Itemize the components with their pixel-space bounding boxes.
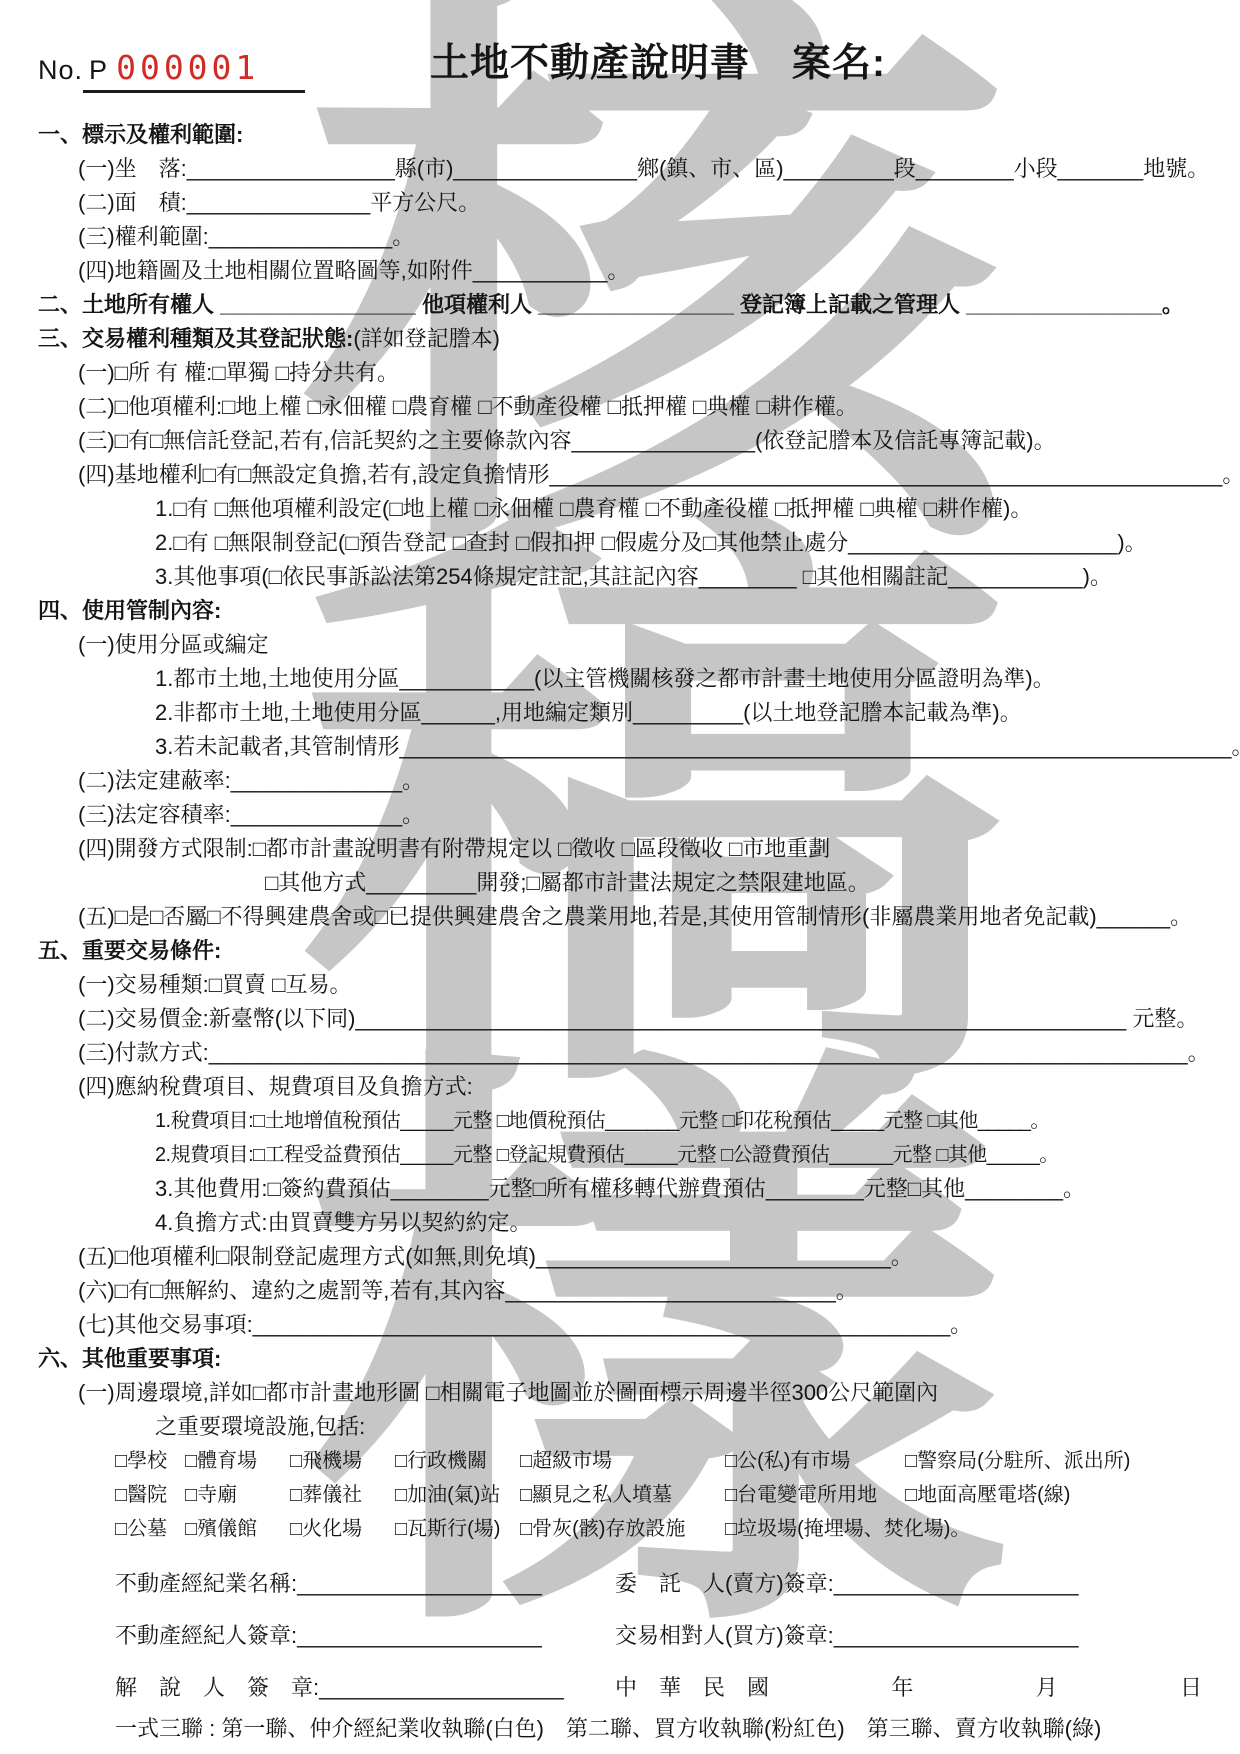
facility-gov-office: □行政機關 (395, 1444, 520, 1478)
form-line-unrecorded-control: 3.若未記載者,其管制情形___________________________… (38, 730, 1202, 764)
document-page: 核 稿 樣 No.P 000001 土地不動產說明書案名: 一、標示及權利範圍:… (0, 0, 1240, 1754)
facility-power-tower: □地面高壓電塔(線) (905, 1478, 1070, 1512)
form-line-taxes-fees-header: (四)應納稅費項目、規費項目及負擔方式: (38, 1070, 1202, 1104)
section-4-title: 四、使用管制內容: (38, 594, 1202, 628)
form-number-label: No. (38, 55, 83, 85)
form-line-rights-scope: (三)權利範圍:_______________。 (38, 220, 1202, 254)
form-line-surroundings: (一)周邊環境,詳如□都市計畫地形圖 □相關電子地圖並於圖面標示周邊半徑300公… (38, 1376, 1202, 1410)
presenter-signature-field: 解 說 人 簽 章:____________________ (115, 1670, 615, 1706)
facility-temple: □寺廟 (185, 1478, 290, 1512)
page-title: 土地不動產說明書案名: (430, 32, 886, 88)
day-label: 日 (1180, 1670, 1202, 1706)
form-line-floor-area-ratio: (三)法定容積率:______________。 (38, 798, 1202, 832)
form-header: No.P 000001 土地不動產說明書案名: (38, 26, 1202, 118)
form-line-rights-handling: (五)□他項權利□限制登記處理方式(如無,則免填)_______________… (38, 1240, 1202, 1274)
facility-stadium: □體育場 (185, 1444, 290, 1478)
roc-era-label: 中 華 民 國 (615, 1670, 769, 1706)
facility-airport: □飛機場 (290, 1444, 395, 1478)
checkbox-row-facilities-1: □學校 □體育場 □飛機場 □行政機關 □超級市場 □公(私)有市場 □警察局(… (38, 1444, 1202, 1478)
form-line-fee-items: 2.規費項目:□工程受益費預估_____元整 □登記規費預估_____元整 □公… (38, 1138, 1202, 1172)
form-line-other-rights-setting: 1.□有 □無他項權利設定(□地上權 □永佃權 □農育權 □不動產役權 □抵押權… (38, 492, 1202, 526)
facility-school: □學校 (115, 1444, 185, 1478)
facility-columbarium: □骨灰(骸)存放設施 (520, 1512, 725, 1546)
form-line-other-rights: (二)□他項權利:□地上權 □永佃權 □農育權 □不動產役權 □抵押權 □典權 … (38, 390, 1202, 424)
facility-hospital: □醫院 (115, 1478, 185, 1512)
form-line-trust-registration: (三)□有□無信託登記,若有,信託契約之主要條款內容______________… (38, 424, 1202, 458)
facility-supermarket: □超級市場 (520, 1444, 725, 1478)
checkbox-row-facilities-3: □公墓 □殯儀館 □火化場 □瓦斯行(場) □骨灰(骸)存放設施 □垃圾場(掩埋… (38, 1512, 1202, 1546)
signature-row-2: 不動產經紀人簽章:____________________ 交易相對人(買方)簽… (38, 1618, 1202, 1654)
facility-cemetery: □公墓 (115, 1512, 185, 1546)
facility-police: □警察局(分駐所、派出所) (905, 1444, 1130, 1478)
form-content: No.P 000001 土地不動產說明書案名: 一、標示及權利範圍: (一)坐 … (0, 0, 1240, 1746)
form-line-burden-method: 4.負擔方式:由買賣雙方另以契約約定。 (38, 1206, 1202, 1240)
checkbox-row-facilities-2: □醫院 □寺廟 □葬儀社 □加油(氣)站 □顯見之私人墳墓 □台電變電所用地 □… (38, 1478, 1202, 1512)
form-number-underline: P 000001 (83, 48, 305, 93)
form-line-base-rights: (四)基地權利□有□無設定負擔,若有,設定負擔情形_______________… (38, 458, 1202, 492)
case-name-label: 案名: (792, 42, 886, 85)
form-line-other-notes: 3.其他事項(□依民事訴訟法第254條規定註記,其註記內容________ □其… (38, 560, 1202, 594)
facility-gas-shop: □瓦斯行(場) (395, 1512, 520, 1546)
form-line-development-restriction-2: □其他方式_________開發;□屬都市計畫法規定之禁限建地區。 (38, 866, 1202, 900)
facility-funeral-home: □葬儀社 (290, 1478, 395, 1512)
form-line-nonurban-land: 2.非都市土地,土地使用分區______,用地編定類別_________(以土地… (38, 696, 1202, 730)
form-number-value: 000001 (116, 48, 259, 87)
form-line-restriction-registration: 2.□有 □無限制登記(□預告登記 □查封 □假扣押 □假處分及□其他禁止處分_… (38, 526, 1202, 560)
facility-private-graves: □顯見之私人墳墓 (520, 1478, 725, 1512)
form-line-zoning: (一)使用分區或編定 (38, 628, 1202, 662)
form-line-cadastral-map: (四)地籍圖及土地相關位置略圖等,如附件___________。 (38, 254, 1202, 288)
facility-landfill: □垃圾場(掩埋場、焚化場)。 (725, 1512, 905, 1546)
agent-signature-field: 不動產經紀人簽章:____________________ (115, 1618, 615, 1654)
form-line-transaction-type: (一)交易種類:□買賣 □互易。 (38, 968, 1202, 1002)
signature-row-3: 解 說 人 簽 章:____________________ 中 華 民 國 年… (38, 1670, 1202, 1706)
facility-gas-station: □加油(氣)站 (395, 1478, 520, 1512)
facility-crematorium: □火化場 (290, 1512, 395, 1546)
section-2-title: 二、土地所有權人 ________________ 他項權利人 ________… (38, 288, 1202, 322)
form-line-tax-items: 1.稅費項目:□土地增值稅預估_____元整 □地價稅預估_______元整 □… (38, 1104, 1202, 1138)
roc-date-line: 中 華 民 國 年 月 日 (615, 1670, 1202, 1706)
facility-market: □公(私)有市場 (725, 1444, 905, 1478)
form-title-text: 土地不動產說明書 (430, 42, 750, 85)
facility-substation: □台電變電所用地 (725, 1478, 905, 1512)
section-1-title: 一、標示及權利範圍: (38, 118, 1202, 152)
form-line-farmhouse: (五)□是□否屬□不得興建農舍或□已提供興建農舍之農業用地,若是,其使用管制情形… (38, 900, 1202, 934)
copies-note: 一式三聯 : 第一聯、仲介經紀業收執聯(白色) 第二聯、買方收執聯(粉紅色) 第… (38, 1712, 1202, 1746)
form-line-payment-method: (三)付款方式:________________________________… (38, 1036, 1202, 1070)
section-5-title: 五、重要交易條件: (38, 934, 1202, 968)
form-line-urban-land: 1.都市土地,土地使用分區___________(以主管機關核發之都市計畫土地使… (38, 662, 1202, 696)
form-line-location: (一)坐 落:_________________縣(市)____________… (38, 152, 1202, 186)
year-label: 年 (891, 1670, 913, 1706)
section-3-title: 三、交易權利種類及其登記狀態:(詳如登記謄本) (38, 322, 1202, 356)
section-3-title-bold: 三、交易權利種類及其登記狀態: (38, 326, 353, 351)
section-6-title: 六、其他重要事項: (38, 1342, 1202, 1376)
buyer-signature-field: 交易相對人(買方)簽章:____________________ (615, 1618, 1202, 1654)
form-line-transaction-price: (二)交易價金:新臺幣(以下同)________________________… (38, 1002, 1202, 1036)
form-number: No.P 000001 (38, 48, 305, 93)
month-label: 月 (1036, 1670, 1058, 1706)
form-line-other-transaction: (七)其他交易事項:______________________________… (38, 1308, 1202, 1342)
form-line-facilities-header: 之重要環境設施,包括: (38, 1410, 1202, 1444)
form-line-development-restriction: (四)開發方式限制:□都市計畫說明書有附帶規定以 □徵收 □區段徵收 □市地重劃 (38, 832, 1202, 866)
form-line-breach-penalty: (六)□有□無解約、違約之處罰等,若有,其內容_________________… (38, 1274, 1202, 1308)
form-line-coverage-ratio: (二)法定建蔽率:______________。 (38, 764, 1202, 798)
agency-name-field: 不動產經紀業名稱:____________________ (115, 1566, 615, 1602)
section-3-title-note: (詳如登記謄本) (353, 326, 500, 351)
form-line-ownership: (一)□所 有 權:□單獨 □持分共有。 (38, 356, 1202, 390)
facility-mortuary: □殯儀館 (185, 1512, 290, 1546)
form-line-other-costs: 3.其他費用:□簽約費預估________元整□所有權移轉代辦費預估______… (38, 1172, 1202, 1206)
form-number-series: P (89, 55, 108, 85)
seller-signature-field: 委 託 人(賣方)簽章:____________________ (615, 1566, 1202, 1602)
form-line-area: (二)面 積:_______________平方公尺。 (38, 186, 1202, 220)
signature-row-1: 不動產經紀業名稱:____________________ 委 託 人(賣方)簽… (38, 1566, 1202, 1602)
